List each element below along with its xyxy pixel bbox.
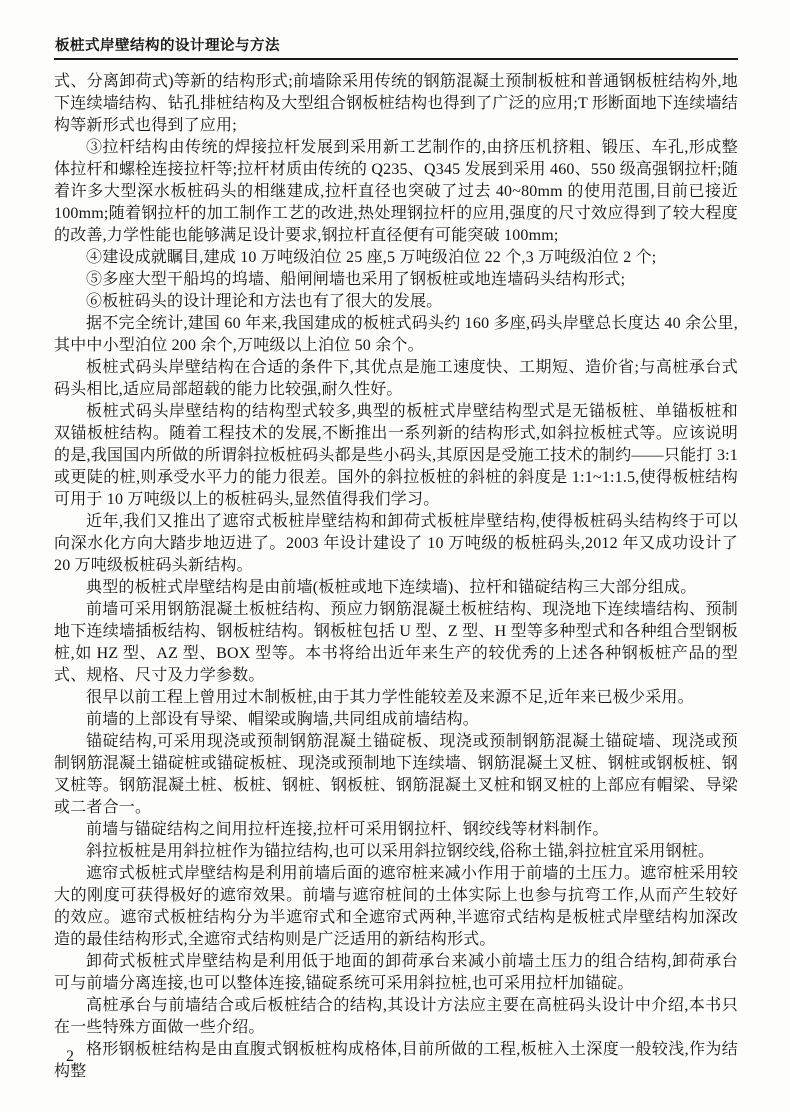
paragraph: 格形钢板桩结构是由直腹式钢板桩构成格体,目前所做的工程,板桩入土深度一般较浅,作… [54, 1039, 738, 1083]
paragraph: 前墙可采用钢筋混凝土板桩结构、预应力钢筋混凝土板桩结构、现浇地下连续墙结构、预制… [54, 599, 738, 687]
paragraph: ③拉杆结构由传统的焊接拉杆发展到采用新工艺制作的,由挤压机挤粗、锻压、车孔,形成… [54, 137, 738, 247]
paragraph: 锚碇结构,可采用现浇或预制钢筋混凝土锚碇板、现浇或预制钢筋混凝土锚碇墙、现浇或预… [54, 731, 738, 819]
paragraph: 很早以前工程上曾用过木制板桩,由于其力学性能较差及来源不足,近年来已极少采用。 [54, 687, 738, 709]
paragraph: 卸荷式板桩式岸壁结构是利用低于地面的卸荷承台来减小前墙土压力的组合结构,卸荷承台… [54, 951, 738, 995]
paragraph: 前墙与锚碇结构之间用拉杆连接,拉杆可采用钢拉杆、钢绞线等材料制作。 [54, 819, 738, 841]
paragraph: 板桩式码头岸壁结构在合适的条件下,其优点是施工速度快、工期短、造价省;与高桩承台… [54, 357, 738, 401]
paragraph: ⑤多座大型干船坞的坞墙、船闸闸墙也采用了钢板桩或地连墙码头结构形式; [54, 269, 738, 291]
paragraph: 近年,我们又推出了遮帘式板桩岸壁结构和卸荷式板桩岸壁结构,使得板桩码头结构终于可… [54, 511, 738, 577]
paragraph: ⑥板桩码头的设计理论和方法也有了很大的发展。 [54, 291, 738, 313]
paragraph: 据不完全统计,建国 60 年来,我国建成的板桩式码头约 160 多座,码头岸壁总… [54, 313, 738, 357]
paragraph: ④建设成就瞩目,建成 10 万吨级泊位 25 座,5 万吨级泊位 22 个,3 … [54, 247, 738, 269]
paragraph: 遮帘式板桩式岸壁结构是利用前墙后面的遮帘桩来减小作用于前墙的土压力。遮帘桩采用较… [54, 863, 738, 951]
running-header-title: 板桩式岸壁结构的设计理论与方法 [55, 34, 280, 55]
paragraph: 斜拉板桩是用斜拉桩作为锚拉结构,也可以采用斜拉钢绞线,俗称土锚,斜拉桩宜采用钢桩… [54, 841, 738, 863]
paragraph: 板桩式码头岸壁结构的结构型式较多,典型的板桩式岸壁结构型式是无锚板桩、单锚板桩和… [54, 401, 738, 511]
body-text: 式、分离卸荷式)等新的结构形式;前墙除采用传统的钢筋混凝土预制板桩和普通钢板桩结… [54, 71, 738, 1083]
paragraph: 前墙的上部设有导梁、帽梁或胸墙,共同组成前墙结构。 [54, 709, 738, 731]
paragraph: 高桩承台与前墙结合或后板桩结合的结构,其设计方法应主要在高桩码头设计中介绍,本书… [54, 995, 738, 1039]
book-page: 板桩式岸壁结构的设计理论与方法 式、分离卸荷式)等新的结构形式;前墙除采用传统的… [0, 0, 790, 1112]
page-number: 2 [66, 1048, 74, 1066]
header-rule [54, 58, 738, 60]
paragraph: 典型的板桩式岸壁结构是由前墙(板桩或地下连续墙)、拉杆和锚碇结构三大部分组成。 [54, 577, 738, 599]
paragraph: 式、分离卸荷式)等新的结构形式;前墙除采用传统的钢筋混凝土预制板桩和普通钢板桩结… [54, 71, 738, 137]
